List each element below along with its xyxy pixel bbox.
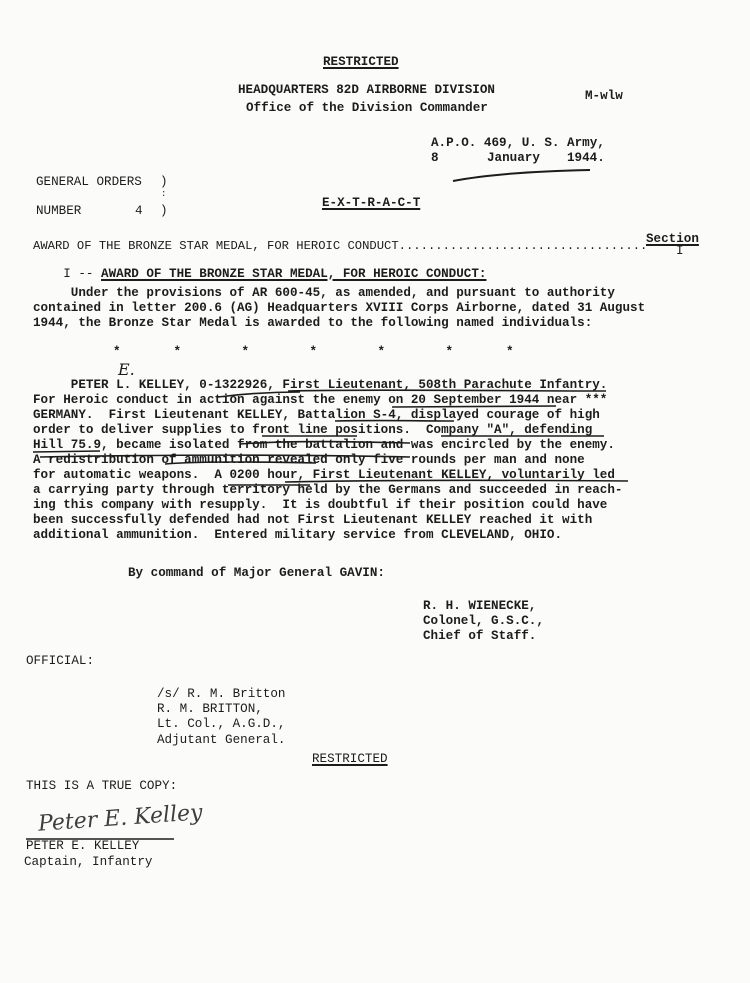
pen-underline-date	[450, 166, 600, 186]
intro-line: Under the provisions of AR 600-45, as am…	[33, 286, 615, 300]
citation-line: additional ammunition. Entered military …	[33, 528, 562, 542]
true-copy-label: THIS IS A TRUE COPY:	[26, 780, 177, 793]
official-signed: /s/ R. M. Britton	[157, 688, 285, 701]
bracket-top: )	[160, 176, 168, 189]
citation-line: order to deliver supplies to front line …	[33, 423, 592, 437]
office-line: Office of the Division Commander	[246, 102, 488, 115]
section-column-label: Section	[646, 233, 699, 246]
intro-line: 1944, the Bronze Star Medal is awarded t…	[33, 316, 592, 330]
chief-of-staff-title: Chief of Staff.	[423, 630, 536, 643]
bracket-colon: :	[161, 190, 166, 199]
citation-line: ing this company with resupply. It is do…	[33, 498, 607, 512]
citation-line: Hill 75.9, became isolated from the batt…	[33, 438, 615, 452]
chief-of-staff-rank: Colonel, G.S.C.,	[423, 615, 544, 628]
certifier-name: PETER E. KELLEY	[26, 840, 139, 853]
number-value: 4	[135, 205, 143, 218]
toc-section-number: I	[676, 245, 684, 258]
toc-entry: AWARD OF THE BRONZE STAR MEDAL, FOR HERO…	[33, 240, 647, 252]
file-reference: M-wlw	[585, 90, 623, 103]
date-month: January	[487, 152, 540, 165]
handwritten-initial: E.	[118, 362, 135, 378]
citation-line: GERMANY. First Lieutenant KELLEY, Battal…	[33, 408, 600, 422]
number-label: NUMBER	[36, 205, 81, 218]
citation-line: been successfully defended had not First…	[33, 513, 592, 527]
apo-line: A.P.O. 469, U. S. Army,	[431, 137, 605, 150]
citation-line: for automatic weapons. A 0200 hour, Firs…	[33, 468, 615, 482]
chief-of-staff-name: R. H. WIENECKE,	[423, 600, 536, 613]
classification-top: RESTRICTED	[323, 56, 399, 69]
handwritten-signature: Peter E. Kelley	[37, 802, 203, 835]
section-heading-title: AWARD OF THE BRONZE STAR MEDAL, FOR HERO…	[101, 267, 486, 281]
citation-line: PETER L. KELLEY, 0-1322926, First Lieute…	[33, 378, 607, 392]
official-rank: Lt. Col., A.G.D.,	[157, 718, 285, 731]
official-title: Adjutant General.	[157, 734, 285, 747]
extract-label: E-X-T-R-A-C-T	[322, 197, 420, 210]
official-label: OFFICIAL:	[26, 655, 94, 668]
by-command-line: By command of Major General GAVIN:	[128, 567, 385, 580]
citation-line: For Heroic conduct in action against the…	[33, 393, 607, 407]
date-day: 8	[431, 152, 439, 165]
section-heading-prefix: I --	[63, 267, 101, 281]
hq-title: HEADQUARTERS 82D AIRBORNE DIVISION	[238, 84, 495, 97]
separator-asterisks: * * * * * * *	[113, 346, 514, 359]
classification-bottom: RESTRICTED	[312, 753, 388, 766]
citation-line: a carrying party through territory held …	[33, 483, 622, 497]
official-name: R. M. BRITTON,	[157, 703, 263, 716]
intro-line: contained in letter 200.6 (AG) Headquart…	[33, 301, 645, 315]
general-orders-label: GENERAL ORDERS	[36, 176, 142, 189]
bracket-bottom: )	[160, 205, 168, 218]
citation-line: A redistribution of ammunition revealed …	[33, 453, 585, 467]
date-year: 1944.	[567, 152, 605, 165]
certifier-rank: Captain, Infantry	[24, 856, 152, 869]
